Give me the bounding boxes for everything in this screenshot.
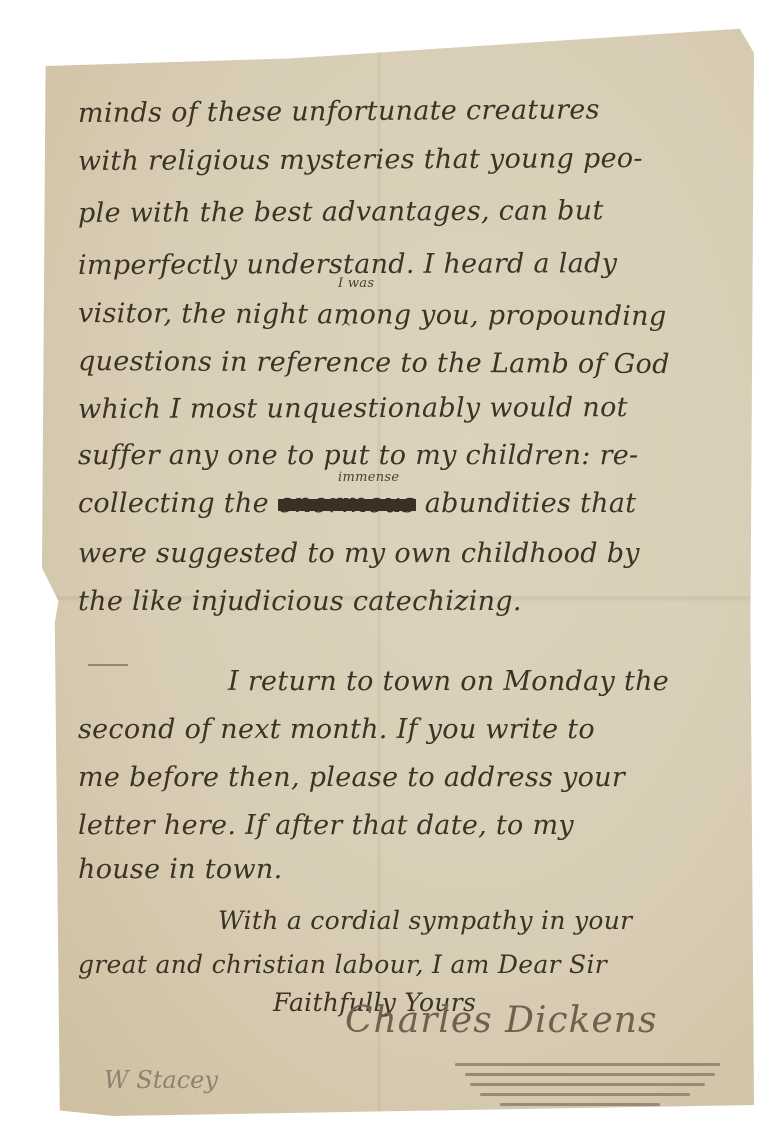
letter-line: me before then, please to address your	[78, 762, 625, 793]
line-text-abundities: abundities that	[416, 488, 637, 519]
letter-line: questions in reference to the Lamb of Go…	[78, 346, 670, 380]
letter-line: minds of these unfortunate creatures	[78, 94, 600, 129]
letter-line: house in town.	[78, 854, 282, 885]
docket-annotation: W Stacey	[104, 1066, 218, 1094]
signature-flourish	[480, 1093, 690, 1096]
letter-line: ple with the best advantages, can but	[78, 195, 604, 229]
letter-line: the like injudicious catechizing.	[78, 586, 522, 617]
interlinear-insertion-i-was: I was	[338, 276, 374, 291]
signature-flourish	[465, 1073, 715, 1076]
letter-line: visitor, the night among you, propoundin…	[78, 298, 667, 332]
line-text-collecting: collecting the	[78, 488, 278, 519]
signature-flourish	[455, 1063, 720, 1066]
letter-line: second of next month. If you write to	[78, 714, 595, 745]
struck-through-word: enormous	[278, 488, 416, 519]
letter-line: suffer any one to put to my children: re…	[78, 440, 638, 471]
signature: Charles Dickens	[345, 1000, 657, 1041]
closing-line: With a cordial sympathy in your	[218, 906, 632, 935]
letter-line: which I most unquestionably would not	[78, 392, 628, 425]
letter-line: I return to town on Monday the	[228, 666, 669, 697]
signature-flourish	[500, 1103, 660, 1106]
letter-line: with religious mysteries that young peo-	[78, 143, 643, 177]
margin-dash	[88, 664, 128, 666]
letter-line: letter here. If after that date, to my	[78, 810, 574, 841]
letter-line: were suggested to my own childhood by	[78, 538, 640, 569]
closing-line: great and christian labour, I am Dear Si…	[78, 950, 607, 979]
signature-flourish	[470, 1083, 705, 1086]
letter-line: collecting the enormous abundities that	[78, 488, 636, 519]
interlinear-insertion-immense: immense	[338, 470, 399, 485]
